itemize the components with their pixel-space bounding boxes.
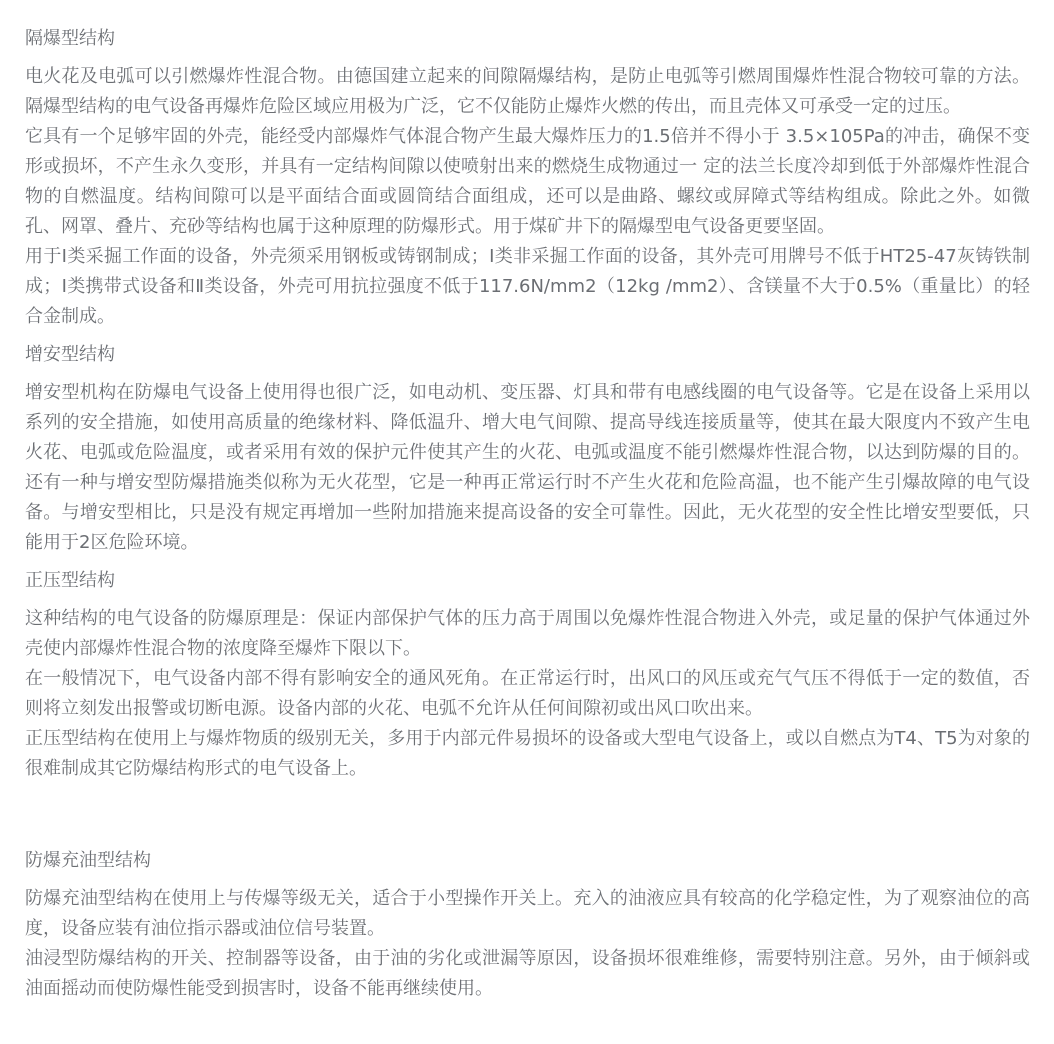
paragraph: 防爆充油型结构在使用上与传爆等级无关，适合于小型操作开关上。充入的油液应具有较高… [25,884,1030,944]
section-paragraphs: 电火花及电弧可以引燃爆炸性混合物。由德国建立起来的间隙隔爆结构，是防止电弧等引燃… [25,62,1030,332]
paragraph: 油浸型防爆结构的开关、控制器等设备，由于油的劣化或泄漏等原因，设备损坏很难维修，… [25,944,1030,1004]
document-section: 隔爆型结构 电火花及电弧可以引燃爆炸性混合物。由德国建立起来的间隙隔爆结构，是防… [25,24,1030,332]
document-section: 增安型结构 增安型机构在防爆电气设备上使用得也很广泛，如电动机、变压器、灯具和带… [25,340,1030,558]
paragraph: 这种结构的电气设备的防爆原理是：保证内部保护气体的压力高于周围以免爆炸性混合物进… [25,604,1030,664]
section-paragraphs: 这种结构的电气设备的防爆原理是：保证内部保护气体的压力高于周围以免爆炸性混合物进… [25,604,1030,784]
section-paragraphs: 防爆充油型结构在使用上与传爆等级无关，适合于小型操作开关上。充入的油液应具有较高… [25,884,1030,1004]
paragraph: 增安型机构在防爆电气设备上使用得也很广泛，如电动机、变压器、灯具和带有电感线圈的… [25,378,1030,558]
paragraph: 正压型结构在使用上与爆炸物质的级别无关，多用于内部元件易损坏的设备或大型电气设备… [25,724,1030,784]
document-section: 正压型结构 这种结构的电气设备的防爆原理是：保证内部保护气体的压力高于周围以免爆… [25,566,1030,784]
section-heading: 增安型结构 [25,340,1030,370]
paragraph: 在一般情况下，电气设备内部不得有影响安全的通风死角。在正常运行时，出风口的风压或… [25,664,1030,724]
document-body: 隔爆型结构 电火花及电弧可以引燃爆炸性混合物。由德国建立起来的间隙隔爆结构，是防… [0,0,1054,1044]
paragraph: 用于Ⅰ类采掘工作面的设备，外壳须采用钢板或铸钢制成；Ⅰ类非采掘工作面的设备，其外… [25,242,1030,332]
section-heading: 防爆充油型结构 [25,846,1030,876]
paragraph: 它具有一个足够牢固的外壳，能经受内部爆炸气体混合物产生最大爆炸压力的1.5倍并不… [25,122,1030,242]
section-heading: 正压型结构 [25,566,1030,596]
paragraph: 电火花及电弧可以引燃爆炸性混合物。由德国建立起来的间隙隔爆结构，是防止电弧等引燃… [25,62,1030,122]
section-paragraphs: 增安型机构在防爆电气设备上使用得也很广泛，如电动机、变压器、灯具和带有电感线圈的… [25,378,1030,558]
section-heading: 隔爆型结构 [25,24,1030,54]
document-section: 防爆充油型结构 防爆充油型结构在使用上与传爆等级无关，适合于小型操作开关上。充入… [25,846,1030,1004]
